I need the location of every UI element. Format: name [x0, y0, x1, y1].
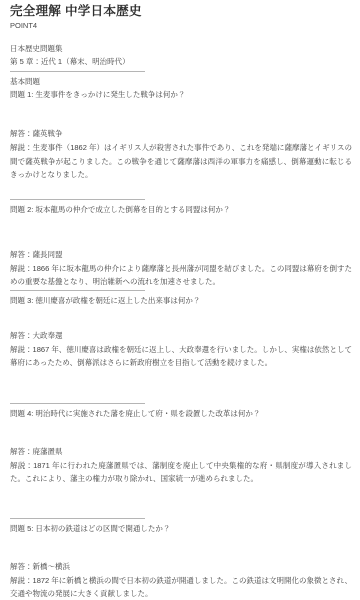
qa-section-2: 問題 2: 坂本龍馬の仲介で成立した倒幕を目的とする同盟は何か？ 解答：薩長同盟… — [10, 204, 352, 289]
collection-title: 日本歴史問題集 — [10, 43, 352, 54]
explanation-text: 解説：1867 年、徳川慶喜は政権を朝廷に返上し、大政奉還を行いました。しかし、… — [10, 343, 352, 370]
question-text: 問題 2: 坂本龍馬の仲介で成立した倒幕を目的とする同盟は何か？ — [10, 204, 352, 215]
answer-text: 解答：大政奉還 — [10, 330, 352, 341]
answer-text: 解答：薩長同盟 — [10, 249, 352, 260]
explanation-text: 解説：1866 年に坂本龍馬の仲介により薩摩藩と長州藩が同盟を結びました。この同… — [10, 262, 352, 289]
explanation-text: 解説：生麦事件（1862 年）はイギリス人が殺害された事件であり、これを発端に薩… — [10, 141, 352, 182]
answer-text: 解答：薩英戦争 — [10, 128, 352, 139]
divider — [10, 518, 145, 519]
qa-section-5: 問題 5: 日本初の鉄道はどの区間で開通したか？ 解答：新橋～横浜 解説：187… — [10, 523, 352, 600]
answer-text: 解答：廃藩置県 — [10, 446, 352, 457]
divider — [10, 403, 145, 404]
question-text: 問題 1: 生麦事件をきっかけに発生した戦争は何か？ — [10, 89, 352, 100]
question-text: 問題 3: 徳川慶喜が政権を朝廷に返上した出来事は何か？ — [10, 295, 352, 306]
point-label: POINT4 — [10, 21, 352, 31]
explanation-text: 解説：1871 年に行われた廃藩置県では、藩制度を廃止して中央集権的な府・県制度… — [10, 459, 352, 486]
qa-section-3: 問題 3: 徳川慶喜が政権を朝廷に返上した出来事は何か？ 解答：大政奉還 解説：… — [10, 295, 352, 370]
divider — [10, 199, 145, 200]
question-text: 問題 5: 日本初の鉄道はどの区間で開通したか？ — [10, 523, 352, 534]
page-title: 完全理解 中学日本歴史 — [10, 4, 352, 18]
divider — [10, 290, 145, 291]
divider — [10, 71, 145, 72]
question-text: 問題 4: 明治時代に実施された藩を廃止して府・県を設置した改革は何か？ — [10, 408, 352, 419]
qa-section-1: 問題 1: 生麦事件をきっかけに発生した戦争は何か？ 解答：薩英戦争 解説：生麦… — [10, 89, 352, 182]
qa-section-4: 問題 4: 明治時代に実施された藩を廃止して府・県を設置した改革は何か？ 解答：… — [10, 408, 352, 486]
answer-text: 解答：新橋～横浜 — [10, 561, 352, 572]
document-page: 完全理解 中学日本歴史 POINT4 日本歴史問題集 第 5 章：近代 1（幕末… — [0, 0, 360, 600]
chapter-title: 第 5 章：近代 1（幕末、明治時代） — [10, 56, 352, 67]
section-heading: 基本問題 — [10, 76, 352, 87]
explanation-text: 解説：1872 年に新橋と横浜の間で日本初の鉄道が開通しました。この鉄道は文明開… — [10, 574, 352, 600]
